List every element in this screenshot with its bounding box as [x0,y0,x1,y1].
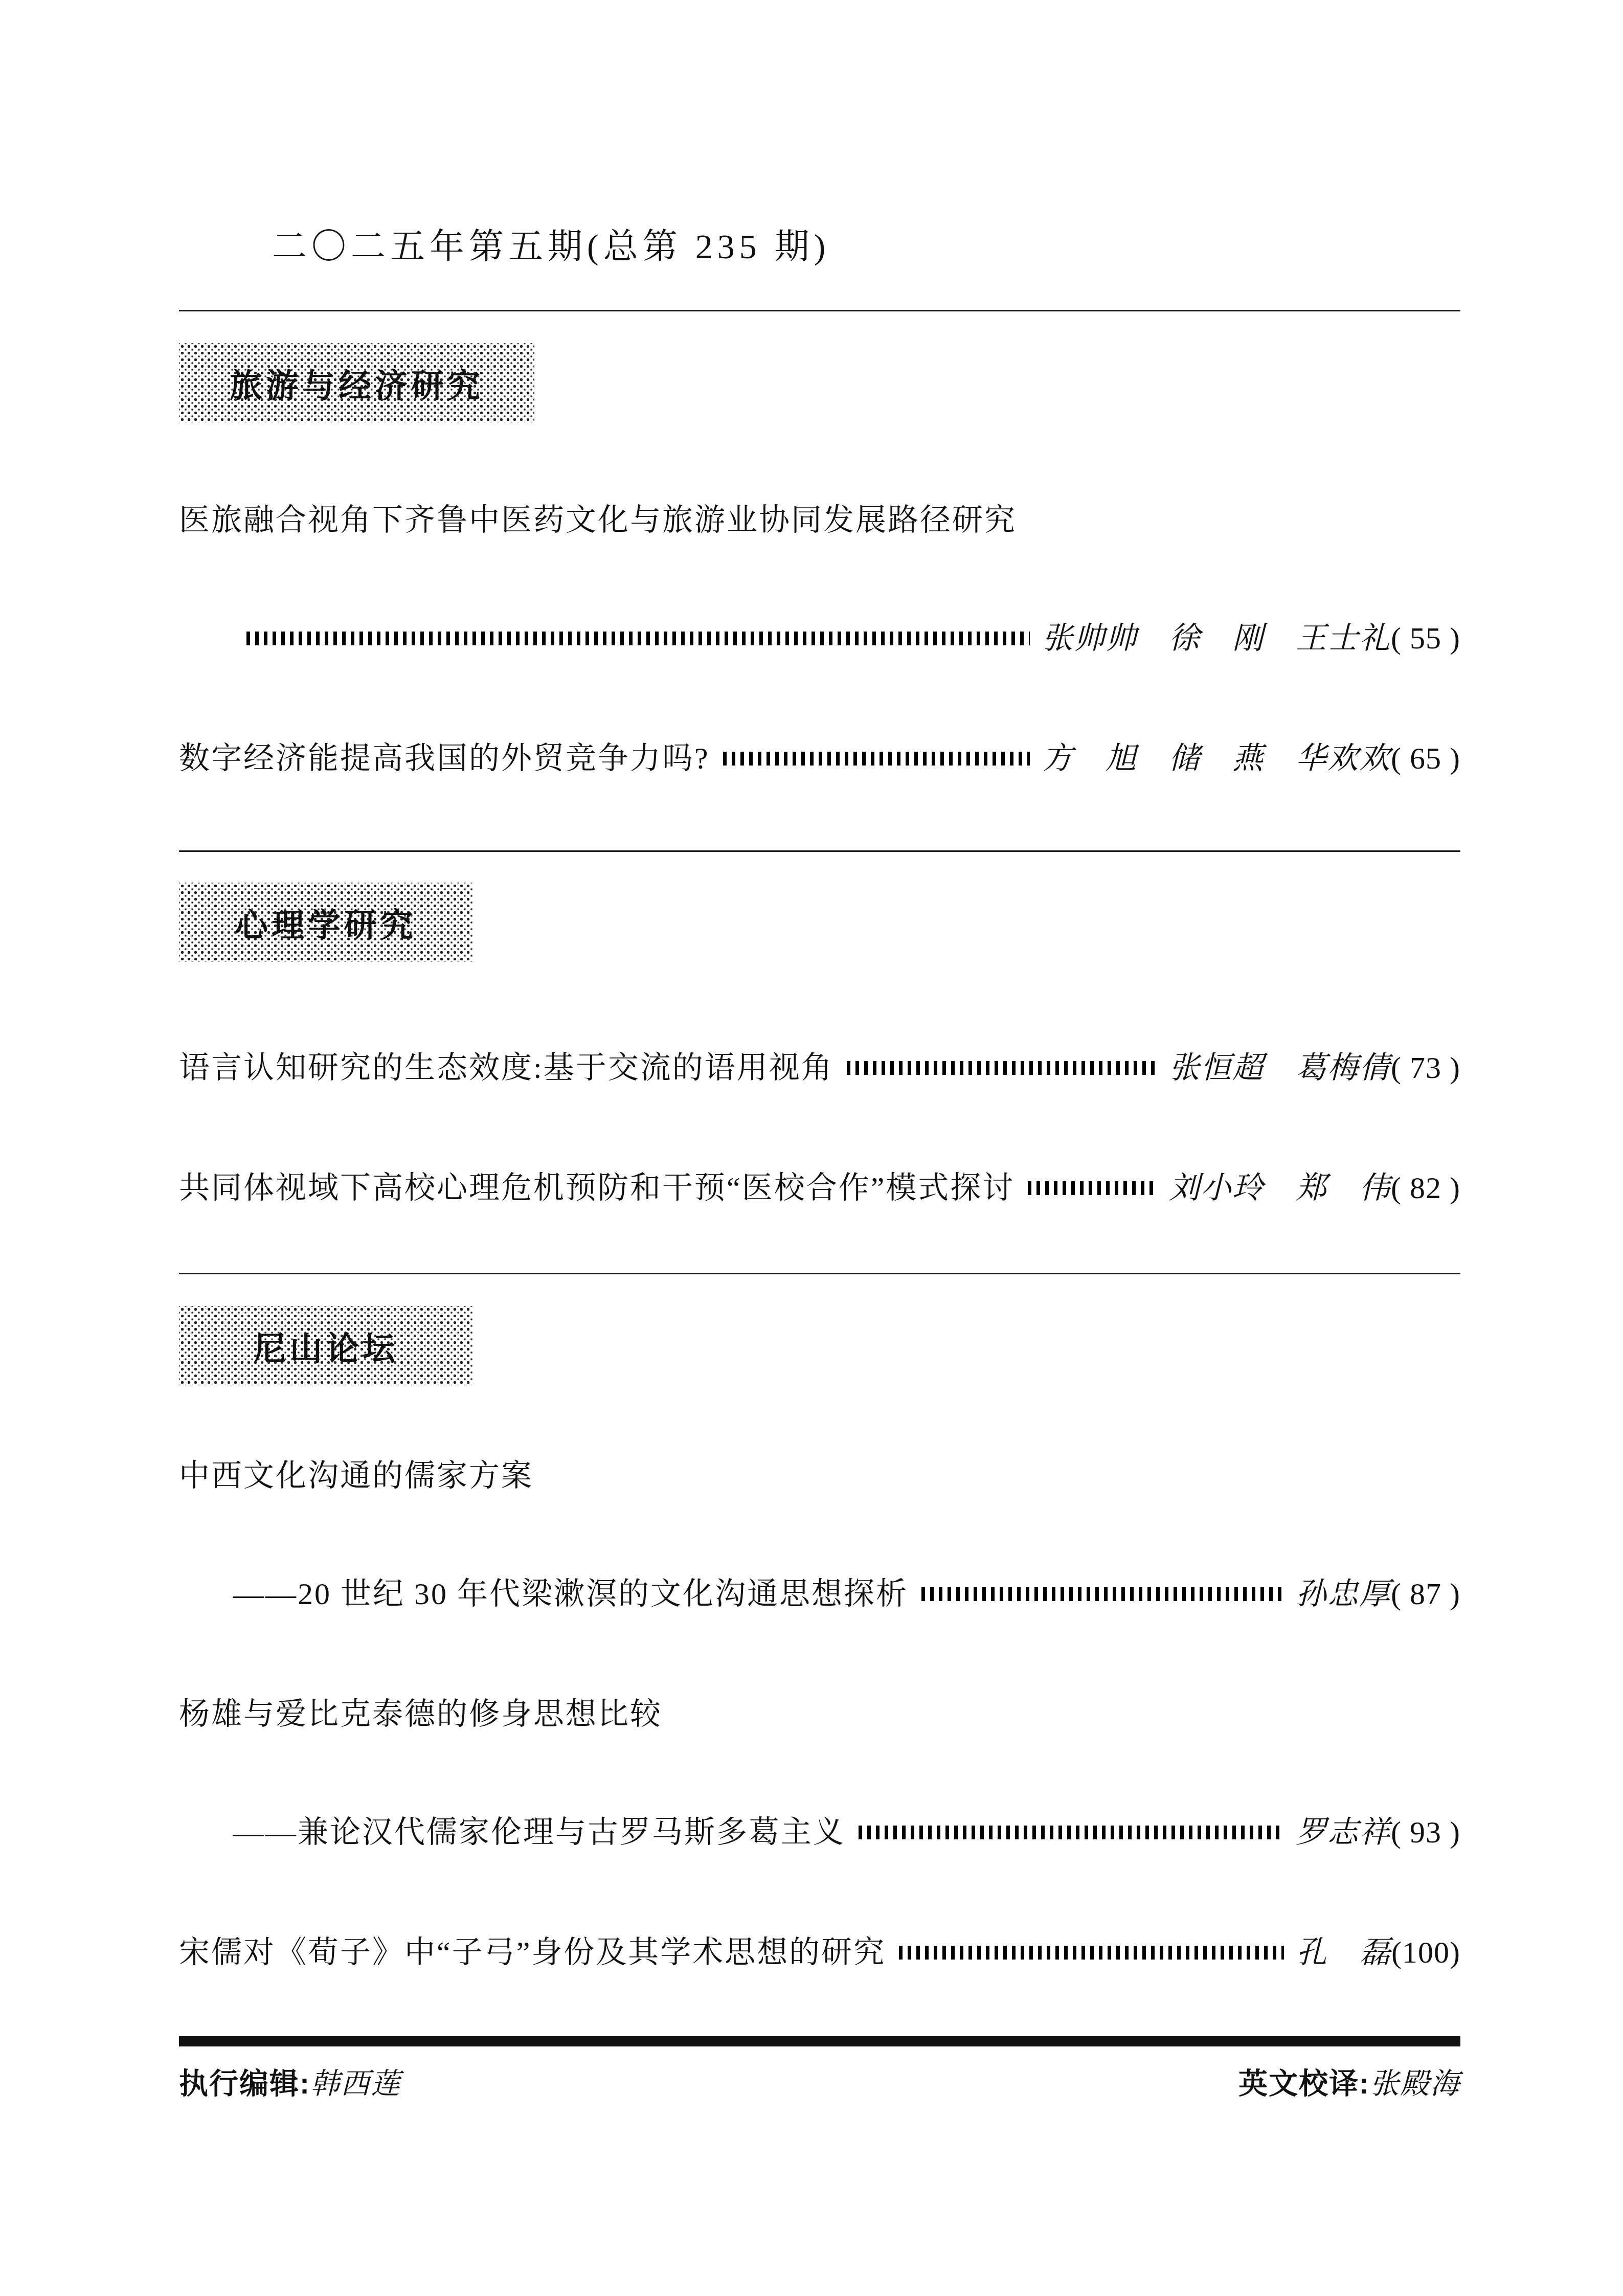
section-label: 尼山论坛 [254,1322,399,1369]
article-authors: 方 旭 储 燕 华欢欢 [1042,742,1391,775]
article-subtitle: ——20 世纪 30 年代梁漱溟的文化沟通思想探析 [233,1578,908,1610]
article-title: 医旅融合视角下齐鲁中医药文化与旅游业协同发展路径研究 [179,504,1460,536]
toc-entry-line: ——20 世纪 30 年代梁漱溟的文化沟通思想探析 孙忠厚 ( 87 ) [179,1578,1460,1610]
footer-editor-label: 执行编辑: [179,2067,310,2100]
section-label: 旅游与经济研究 [230,359,484,407]
issue-title: 二〇二五年第五期(总第 235 期) [272,229,1460,264]
article-authors: 罗志祥 [1296,1816,1391,1849]
toc-leader-dots [847,1061,1157,1075]
toc-entry: 语言认知研究的生态效度:基于交流的语用视角 张恒超 葛梅倩 ( 73 ) [179,1052,1460,1084]
toc-entry-line: 张帅帅 徐 刚 王士礼 ( 55 ) [179,622,1460,655]
article-authors: 张帅帅 徐 刚 王士礼 [1042,622,1391,655]
article-title: 中西文化沟通的儒家方案 [179,1460,1460,1492]
article-authors: 张恒超 葛梅倩 [1169,1052,1391,1084]
article-authors: 刘小玲 郑 伟 [1169,1172,1391,1204]
toc-entry: 医旅融合视角下齐鲁中医药文化与旅游业协同发展路径研究 张帅帅 徐 刚 王士礼 (… [179,504,1460,655]
section-label: 心理学研究 [235,899,417,946]
toc-entry: 宋儒对《荀子》中“子弓”身份及其学术思想的研究 孔 磊 (100) [179,1937,1460,1969]
toc-leader-dots [246,632,1030,645]
article-authors: 孔 磊 [1296,1937,1391,1969]
section-header-nishan-forum: 尼山论坛 [179,1306,473,1385]
article-subtitle: ——兼论汉代儒家伦理与古罗马斯多葛主义 [233,1816,845,1849]
article-authors: 孙忠厚 [1296,1578,1391,1610]
divider-rule [179,1273,1460,1274]
footer-editor-name: 韩西莲 [310,2068,401,2100]
toc-entry: 数字经济能提高我国的外贸竞争力吗? 方 旭 储 燕 华欢欢 ( 65 ) [179,742,1460,775]
footer-rule [179,2036,1460,2046]
toc-leader-dots [921,1587,1283,1601]
toc-entry: 中西文化沟通的儒家方案 ——20 世纪 30 年代梁漱溟的文化沟通思想探析 孙忠… [179,1460,1460,1610]
article-page-number: (100) [1391,1937,1460,1969]
toc-entry-line: ——兼论汉代儒家伦理与古罗马斯多葛主义 罗志祥 ( 93 ) [179,1816,1460,1849]
footer-executive-editor: 执行编辑:韩西莲 [179,2068,401,2101]
footer-proofreader-name: 张殿海 [1370,2068,1460,2100]
article-page-number: ( 65 ) [1391,742,1460,775]
article-page-number: ( 73 ) [1391,1052,1460,1084]
article-title: 共同体视域下高校心理危机预防和干预“医校合作”模式探讨 [179,1172,1015,1204]
divider-rule [179,850,1460,852]
article-page-number: ( 55 ) [1391,622,1460,655]
section-header-tourism-economy: 旅游与经济研究 [179,343,534,422]
footer: 执行编辑:韩西莲 英文校译:张殿海 [179,2068,1460,2101]
toc-leader-dots [1028,1181,1157,1195]
toc-leader-dots [859,1826,1283,1839]
article-page-number: ( 82 ) [1391,1172,1460,1204]
article-title: 语言认知研究的生态效度:基于交流的语用视角 [179,1052,833,1084]
toc-entry: 杨雄与爱比克泰德的修身思想比较 ——兼论汉代儒家伦理与古罗马斯多葛主义 罗志祥 … [179,1698,1460,1849]
footer-proofreader-label: 英文校译: [1238,2067,1370,2100]
toc-leader-dots [899,1946,1284,1960]
section-header-psychology: 心理学研究 [179,883,473,962]
article-title: 宋儒对《荀子》中“子弓”身份及其学术思想的研究 [179,1937,886,1969]
footer-english-proofreader: 英文校译:张殿海 [1238,2068,1460,2101]
toc-leader-dots [723,752,1030,766]
journal-toc-page: 二〇二五年第五期(总第 235 期) 旅游与经济研究 医旅融合视角下齐鲁中医药文… [0,0,1623,2296]
article-page-number: ( 87 ) [1391,1578,1460,1610]
article-page-number: ( 93 ) [1391,1816,1460,1849]
toc-entry: 共同体视域下高校心理危机预防和干预“医校合作”模式探讨 刘小玲 郑 伟 ( 82… [179,1172,1460,1204]
article-title: 杨雄与爱比克泰德的修身思想比较 [179,1698,1460,1730]
article-title: 数字经济能提高我国的外贸竞争力吗? [179,742,710,775]
divider-rule [179,310,1460,311]
